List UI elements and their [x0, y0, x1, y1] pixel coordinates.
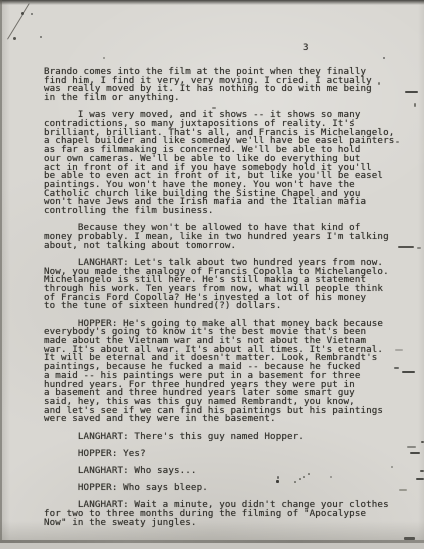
scan-mark [407, 446, 416, 448]
scan-mark [420, 470, 424, 472]
scan-edge-top [0, 0, 424, 5]
paragraph: LANGHART: Wait a minute, you didn't chan… [44, 501, 406, 527]
scan-mark [414, 103, 416, 107]
scan-mark [405, 91, 418, 93]
text-line: HOPPER: Yes? [44, 450, 406, 459]
scan-edge-left [0, 0, 2, 549]
scan-speck [13, 37, 16, 40]
paragraph: HOPPER: Who says bleep. [44, 484, 406, 493]
paragraph: HOPPER: He's going to make all that mone… [44, 320, 406, 424]
scan-speck [31, 13, 33, 15]
scan-speck [40, 36, 42, 38]
scan-edge-bottom-margin [0, 543, 424, 549]
paragraph: Brando comes into the film at the point … [44, 68, 406, 103]
text-line: HOPPER: Who says bleep. [44, 484, 406, 493]
document-text: Brando comes into the film at the point … [44, 68, 406, 536]
text-line: to the tune of sixteen hundred(?) dollar… [44, 302, 406, 311]
scan-mark [410, 452, 420, 454]
scan-mark [416, 478, 424, 480]
scan-speck [383, 57, 385, 59]
text-line: LANGHART: Who says... [44, 467, 406, 476]
scan-mark [404, 537, 415, 540]
paragraph: Because they won't be allowed to have th… [44, 224, 406, 250]
scan-speck [103, 57, 105, 59]
paragraph: LANGHART: Who says... [44, 467, 406, 476]
text-line: were saved and they were in the basement… [44, 415, 406, 424]
scan-speck [21, 12, 24, 15]
page-number: 3 [303, 42, 309, 53]
scanned-document-page: 3 Brando comes into the film at the poin… [0, 0, 424, 549]
paragraph: LANGHART: Let's talk about two hundred y… [44, 259, 406, 311]
text-line: in the film or anything. [44, 94, 406, 103]
pencil-mark-diagonal [7, 3, 30, 40]
text-line: controlling the film business. [44, 207, 406, 216]
text-line: about, not talking about tomorrow. [44, 242, 406, 251]
paragraph: HOPPER: Yes? [44, 450, 406, 459]
paragraph: LANGHART: There's this guy named Hopper. [44, 433, 406, 442]
text-line: Now" in the sweaty jungles. [44, 519, 406, 528]
paragraph: I was very moved, and it shows -- it sho… [44, 111, 406, 215]
text-line: LANGHART: There's this guy named Hopper. [44, 433, 406, 442]
scan-mark [417, 247, 421, 249]
